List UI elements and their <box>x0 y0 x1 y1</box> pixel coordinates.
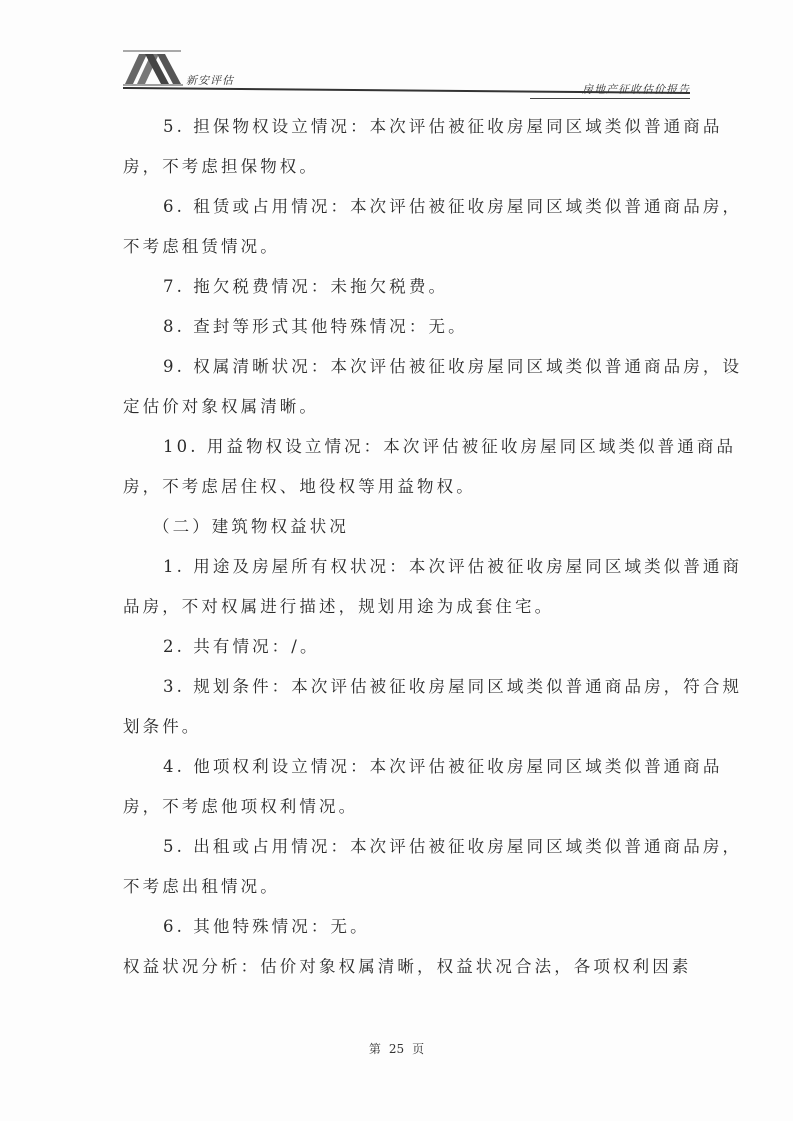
paragraph-line: 房，不考虑担保物权。 <box>123 147 693 187</box>
paragraph-line: 6. 租赁或占用情况：本次评估被征收房屋同区域类似普通商品房， <box>123 187 693 227</box>
paragraph-line: 权益状况分析：估价对象权属清晰，权益状况合法，各项权利因素 <box>123 947 693 987</box>
company-name: 新安评估 <box>186 72 234 88</box>
paragraph-line: 4. 他项权利设立情况：本次评估被征收房屋同区域类似普通商品 <box>123 747 693 787</box>
section-heading: （二）建筑物权益状况 <box>123 507 693 547</box>
page-number: 25 <box>389 1042 404 1056</box>
paragraph-line: 5. 担保物权设立情况：本次评估被征收房屋同区域类似普通商品 <box>123 107 693 147</box>
paragraph-line: 3. 规划条件：本次评估被征收房屋同区域类似普通商品房，符合规 <box>123 667 693 707</box>
company-logo-icon <box>123 50 185 86</box>
page-prefix: 第 <box>369 1042 381 1056</box>
paragraph-line: 9. 权属清晰状况：本次评估被征收房屋同区域类似普通商品房，设 <box>123 347 693 387</box>
paragraph-line: 不考虑租赁情况。 <box>123 227 693 267</box>
paragraph-line: 10. 用益物权设立情况：本次评估被征收房屋同区域类似普通商品 <box>123 427 693 467</box>
paragraph-line: 1. 用途及房屋所有权状况：本次评估被征收房屋同区域类似普通商 <box>123 547 693 587</box>
page-footer: 第25页 <box>0 1040 793 1057</box>
paragraph-line: 2. 共有情况：/。 <box>123 627 693 667</box>
report-title: 房地产征收估价报告 <box>582 81 690 97</box>
paragraph-line: 6. 其他特殊情况：无。 <box>123 907 693 947</box>
paragraph-line: 8. 查封等形式其他特殊情况：无。 <box>123 307 693 347</box>
paragraph-line: 7. 拖欠税费情况：未拖欠税费。 <box>123 267 693 307</box>
paragraph-line: 房，不考虑居住权、地役权等用益物权。 <box>123 467 693 507</box>
header-rule-right <box>530 98 690 99</box>
paragraph-line: 不考虑出租情况。 <box>123 867 693 907</box>
paragraph-line: 房，不考虑他项权利情况。 <box>123 787 693 827</box>
document-body: 5. 担保物权设立情况：本次评估被征收房屋同区域类似普通商品 房，不考虑担保物权… <box>123 107 693 987</box>
paragraph-line: 定估价对象权属清晰。 <box>123 387 693 427</box>
document-page: 新安评估 房地产征收估价报告 5. 担保物权设立情况：本次评估被征收房屋同区域类… <box>0 0 793 1121</box>
page-suffix: 页 <box>412 1042 424 1056</box>
paragraph-line: 5. 出租或占用情况：本次评估被征收房屋同区域类似普通商品房， <box>123 827 693 867</box>
paragraph-line: 划条件。 <box>123 707 693 747</box>
paragraph-line: 品房，不对权属进行描述，规划用途为成套住宅。 <box>123 587 693 627</box>
